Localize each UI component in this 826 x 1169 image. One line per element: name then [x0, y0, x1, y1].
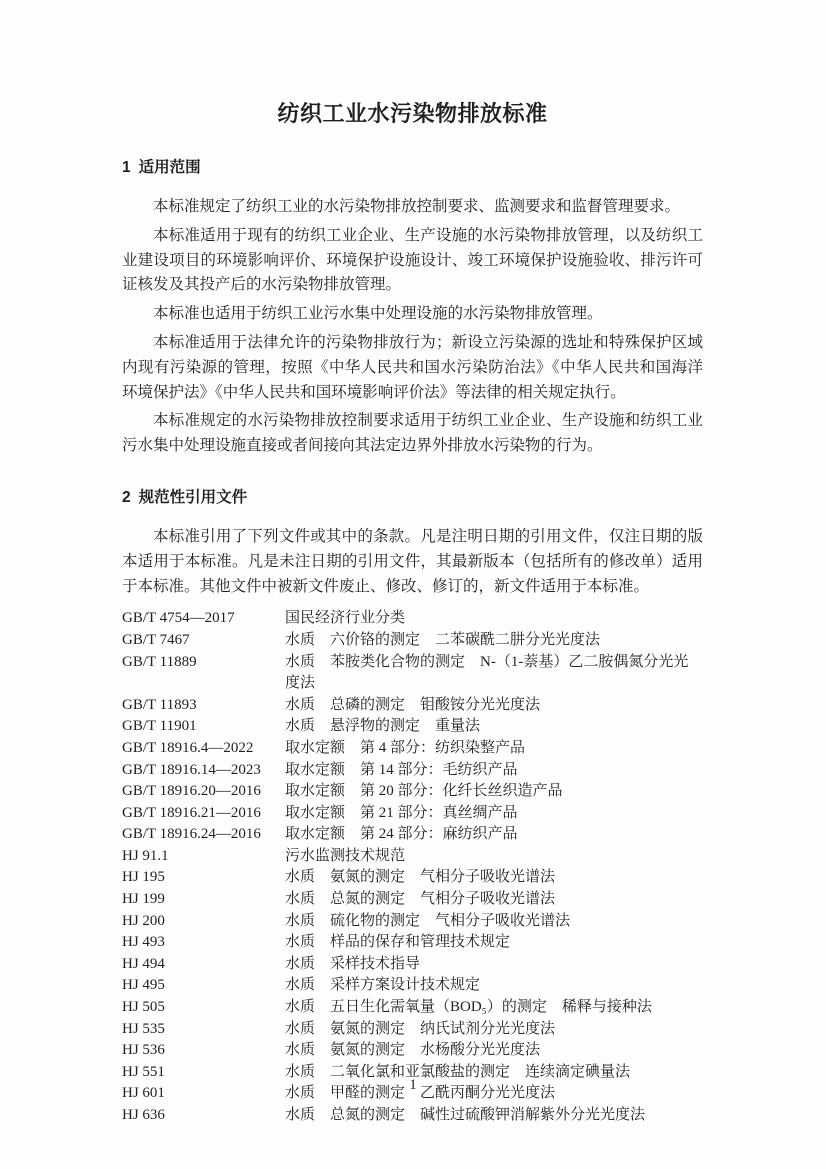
reference-code: HJ 494 — [122, 954, 285, 976]
document-title: 纺织工业水污染物排放标准 — [122, 99, 703, 129]
reference-description: 取水定额 第 24 部分：麻纺织产品 — [285, 824, 703, 846]
reference-code: GB/T 18916.4—2022 — [122, 738, 285, 760]
reference-code: GB/T 18916.24—2016 — [122, 824, 285, 846]
reference-code: HJ 195 — [122, 867, 285, 889]
section-1-label: 适用范围 — [139, 159, 201, 176]
reference-row: GB/T 18916.14—2023取水定额 第 14 部分：毛纺织产品 — [122, 760, 703, 782]
paragraph: 本标准适用于现有的纺织工业企业、生产设施的水污染物排放管理，以及纺织工业建设项目… — [122, 224, 703, 298]
reference-code: HJ 200 — [122, 911, 285, 933]
reference-code: HJ 493 — [122, 932, 285, 954]
paragraph: 本标准规定了纺织工业的水污染物排放控制要求、监测要求和监督管理要求。 — [122, 195, 703, 220]
section-1-number: 1 — [122, 159, 131, 176]
reference-row: HJ 200水质 硫化物的测定 气相分子吸收光谱法 — [122, 911, 703, 933]
reference-description: 水质 采样技术指导 — [285, 954, 703, 976]
reference-description: 水质 氨氮的测定 纳氏试剂分光光度法 — [285, 1019, 703, 1041]
reference-row: HJ 495水质 采样方案设计技术规定 — [122, 975, 703, 997]
paragraph: 本标准适用于法律允许的污染物排放行为；新设立污染源的选址和特殊保护区域内现有污染… — [122, 331, 703, 405]
reference-row: GB/T 11901水质 悬浮物的测定 重量法 — [122, 716, 703, 738]
reference-row: GB/T 11889水质 苯胺类化合物的测定 N-（1-萘基）乙二胺偶氮分光光度… — [122, 652, 703, 695]
section-2-heading: 2规范性引用文件 — [122, 486, 703, 510]
reference-code: HJ 536 — [122, 1040, 285, 1062]
document-content: 纺织工业水污染物排放标准 1适用范围 本标准规定了纺织工业的水污染物排放控制要求… — [0, 99, 826, 1127]
reference-description: 水质 硫化物的测定 气相分子吸收光谱法 — [285, 911, 703, 933]
reference-row: HJ 195水质 氨氮的测定 气相分子吸收光谱法 — [122, 867, 703, 889]
reference-row: GB/T 18916.24—2016取水定额 第 24 部分：麻纺织产品 — [122, 824, 703, 846]
reference-description: 水质 苯胺类化合物的测定 N-（1-萘基）乙二胺偶氮分光光度法 — [285, 652, 703, 695]
reference-code: GB/T 11889 — [122, 652, 285, 695]
reference-description: 水质 氨氮的测定 水杨酸分光光度法 — [285, 1040, 703, 1062]
reference-row: HJ 636水质 总氮的测定 碱性过硫酸钾消解紫外分光光度法 — [122, 1105, 703, 1127]
reference-code: GB/T 11901 — [122, 716, 285, 738]
paragraph: 本标准引用了下列文件或其中的条款。凡是注明日期的引用文件，仅注日期的版本适用于本… — [122, 525, 703, 599]
paragraph: 本标准也适用于纺织工业污水集中处理设施的水污染物排放管理。 — [122, 302, 703, 327]
reference-row: HJ 494水质 采样技术指导 — [122, 954, 703, 976]
reference-description: 污水监测技术规范 — [285, 846, 703, 868]
reference-description: 取水定额 第 21 部分：真丝绸产品 — [285, 803, 703, 825]
reference-description: 取水定额 第 14 部分：毛纺织产品 — [285, 760, 703, 782]
reference-code: GB/T 7467 — [122, 630, 285, 652]
page-number: 1 — [0, 1076, 826, 1094]
reference-code: HJ 495 — [122, 975, 285, 997]
reference-code: GB/T 18916.21—2016 — [122, 803, 285, 825]
reference-description: 水质 五日生化需氧量（BOD₅）的测定 稀释与接种法 — [285, 997, 703, 1019]
section-scope: 1适用范围 本标准规定了纺织工业的水污染物排放控制要求、监测要求和监督管理要求。… — [122, 156, 703, 459]
reference-row: HJ 505水质 五日生化需氧量（BOD₅）的测定 稀释与接种法 — [122, 997, 703, 1019]
reference-row: HJ 91.1污水监测技术规范 — [122, 846, 703, 868]
reference-description: 水质 总磷的测定 钼酸铵分光光度法 — [285, 695, 703, 717]
paragraph: 本标准规定的水污染物排放控制要求适用于纺织工业企业、生产设施和纺织工业污水集中处… — [122, 409, 703, 459]
reference-code: HJ 91.1 — [122, 846, 285, 868]
reference-row: GB/T 11893水质 总磷的测定 钼酸铵分光光度法 — [122, 695, 703, 717]
reference-code: HJ 636 — [122, 1105, 285, 1127]
section-2-label: 规范性引用文件 — [139, 489, 248, 506]
reference-description: 水质 总氮的测定 碱性过硫酸钾消解紫外分光光度法 — [285, 1105, 703, 1127]
reference-code: GB/T 18916.14—2023 — [122, 760, 285, 782]
reference-description: 取水定额 第 20 部分：化纤长丝织造产品 — [285, 781, 703, 803]
document-page: 纺织工业水污染物排放标准 1适用范围 本标准规定了纺织工业的水污染物排放控制要求… — [0, 0, 826, 1169]
reference-description: 水质 总氮的测定 气相分子吸收光谱法 — [285, 889, 703, 911]
reference-row: GB/T 18916.4—2022取水定额 第 4 部分：纺织染整产品 — [122, 738, 703, 760]
reference-row: HJ 535水质 氨氮的测定 纳氏试剂分光光度法 — [122, 1019, 703, 1041]
reference-description: 水质 样品的保存和管理技术规定 — [285, 932, 703, 954]
reference-description: 水质 采样方案设计技术规定 — [285, 975, 703, 997]
reference-description: 水质 悬浮物的测定 重量法 — [285, 716, 703, 738]
reference-row: GB/T 18916.20—2016取水定额 第 20 部分：化纤长丝织造产品 — [122, 781, 703, 803]
reference-row: HJ 536水质 氨氮的测定 水杨酸分光光度法 — [122, 1040, 703, 1062]
section-2-number: 2 — [122, 489, 131, 506]
reference-list: GB/T 4754—2017国民经济行业分类GB/T 7467水质 六价铬的测定… — [122, 608, 703, 1126]
reference-row: HJ 199水质 总氮的测定 气相分子吸收光谱法 — [122, 889, 703, 911]
section-1-heading: 1适用范围 — [122, 156, 703, 180]
reference-description: 水质 氨氮的测定 气相分子吸收光谱法 — [285, 867, 703, 889]
reference-code: HJ 535 — [122, 1019, 285, 1041]
reference-code: HJ 505 — [122, 997, 285, 1019]
reference-description: 国民经济行业分类 — [285, 608, 703, 630]
reference-row: GB/T 18916.21—2016取水定额 第 21 部分：真丝绸产品 — [122, 803, 703, 825]
reference-code: GB/T 4754—2017 — [122, 608, 285, 630]
reference-code: GB/T 18916.20—2016 — [122, 781, 285, 803]
reference-row: GB/T 4754—2017国民经济行业分类 — [122, 608, 703, 630]
reference-description: 取水定额 第 4 部分：纺织染整产品 — [285, 738, 703, 760]
reference-code: HJ 199 — [122, 889, 285, 911]
reference-code: GB/T 11893 — [122, 695, 285, 717]
reference-row: GB/T 7467水质 六价铬的测定 二苯碳酰二肼分光光度法 — [122, 630, 703, 652]
reference-description: 水质 六价铬的测定 二苯碳酰二肼分光光度法 — [285, 630, 703, 652]
section-normative-references: 2规范性引用文件 本标准引用了下列文件或其中的条款。凡是注明日期的引用文件，仅注… — [122, 486, 703, 1127]
reference-row: HJ 493水质 样品的保存和管理技术规定 — [122, 932, 703, 954]
